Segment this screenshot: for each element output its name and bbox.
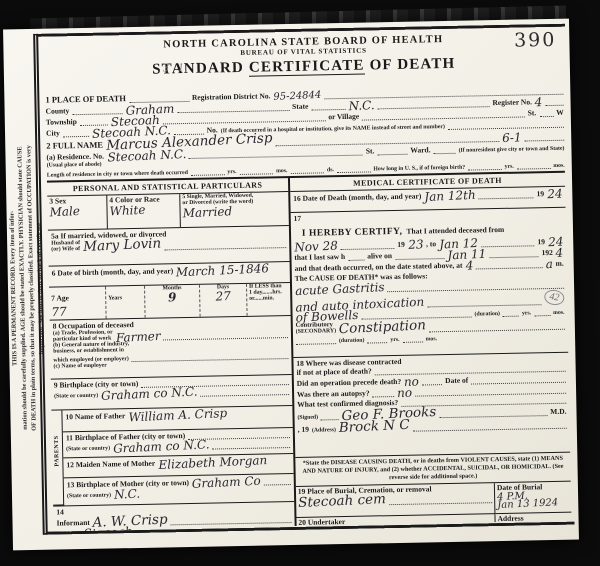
foreign-birth-label: How long in U. S., if of foreign birth?	[373, 164, 465, 172]
cause-line1: acute Gastritis	[295, 281, 385, 297]
father-name-label: 10 Name of Father	[65, 411, 125, 421]
parents-group: PARENTS 10 Name of Father William A. Cri…	[51, 405, 294, 505]
certify-intro-big: I HEREBY CERTIFY,	[302, 226, 403, 238]
age-less-note2: 1 day,......hrs.	[249, 289, 288, 296]
age-less-note3: or......min.	[249, 295, 288, 302]
duration-yrs: yrs.	[522, 310, 531, 316]
death-date-value: Jan 12th	[424, 188, 476, 202]
age-less-note-cell: If LESS than 1 day,......hrs. or......mi…	[246, 283, 290, 316]
mother-bp-value2: N.C.	[114, 487, 141, 500]
birth-date-label: 6 Date of birth (month, day, and year)	[52, 266, 174, 277]
full-name-annotation: 6-1	[502, 131, 522, 144]
physician-address-label: (Address)	[312, 427, 336, 433]
physician-address-value: Brock N C	[339, 419, 411, 436]
scanned-death-certificate: THIS IS A PERMANENT RECORD. Every item o…	[0, 0, 600, 566]
last-year-value: 4	[556, 246, 564, 258]
autopsy-label: Was there an autopsy?	[297, 388, 370, 398]
to-word: , to	[426, 239, 436, 248]
title-post: OF DEATH	[365, 56, 456, 74]
occupation-a-value: Farmer	[115, 329, 160, 343]
pencil-circled-number: 42	[543, 288, 565, 306]
certificate-frame: NORTH CAROLINA STATE BOARD OF HEALTH BUR…	[33, 24, 575, 535]
st-label-2: St.	[366, 146, 375, 155]
from-year-value: 23	[408, 238, 424, 251]
personal-particulars-column: PERSONAL AND STATISTICAL PARTICULARS 3 S…	[47, 178, 297, 531]
ds-label: ds.	[327, 167, 334, 173]
burial-date-value2: Jan 13 1924	[497, 497, 569, 510]
abode-note: (Usual place of abode)	[47, 161, 102, 168]
alive-on-label: alive on	[367, 251, 392, 260]
birthplace-sub: (State or country)	[54, 392, 98, 399]
mother-name-value: Elizabeth Morgan	[158, 454, 267, 471]
informant-address-value: Stecoah	[84, 525, 133, 534]
age-months-value: 9	[147, 290, 197, 304]
register-no-value: 4	[535, 96, 543, 108]
parents-boxes: 10 Name of Father William A. Crisp 11 Bi…	[62, 405, 294, 504]
to-year-printed: 19	[537, 237, 545, 246]
duration2-label: (duration)	[339, 337, 365, 343]
signed-year-label: , 19	[298, 424, 309, 433]
signed-label: (Signed)	[297, 415, 318, 421]
autopsy-value: no	[397, 386, 412, 399]
sex-value: Male	[49, 203, 104, 217]
marital-cell: 5 Single, Married, Widowed, or Divorced …	[179, 192, 288, 227]
wife-of-label: (or) Wife of	[51, 246, 80, 253]
township-label: Township	[46, 117, 77, 127]
age-value: 77	[51, 303, 103, 317]
age-days-value: 27	[202, 289, 245, 303]
mother-name-label: 12 Maiden Name of Mother	[66, 458, 155, 469]
informant-address-label: (Address)	[57, 531, 81, 535]
reg-district-label: Registration District No.	[192, 91, 271, 102]
medical-certificate-column: MEDICAL CERTIFICATE OF DEATH 16 Date of …	[290, 172, 572, 526]
box-spouse: 5a If married, widowed, or divorced Husb…	[48, 226, 290, 267]
father-name-value: William A. Crisp	[128, 406, 227, 422]
title-mid: CERTIFICATE	[249, 58, 365, 77]
duration2-mos: mos.	[426, 336, 438, 342]
race-cell: 4 Color or Race White	[106, 194, 180, 228]
residence-label: (a) Residence. No.	[46, 151, 104, 161]
city-label: City	[46, 128, 60, 137]
mos-label: mos.	[276, 168, 288, 174]
father-bp-sub: (State or country)	[66, 445, 110, 452]
burial-place-value: Stecoah cem	[298, 493, 386, 510]
state-value: N.C.	[348, 99, 375, 112]
duration2-yrs: yrs.	[390, 336, 399, 342]
birthplace-value: Graham co N.C.	[101, 385, 198, 401]
father-bp-value: Graham co N.C.	[113, 438, 210, 454]
box-sex-race-marital: 3 Sex Male 4 Color or Race White 5 Singl…	[47, 192, 288, 231]
spouse-value: Mary Lovin	[83, 237, 162, 254]
certificate-number-stamp: 390	[514, 29, 557, 52]
date-of-label: Date of	[445, 375, 468, 384]
box-occupation: 8 Occupation of deceased (a) Trade, Prof…	[50, 316, 292, 380]
mother-bp-sub: (State or country)	[67, 492, 111, 499]
marital-value: Married	[182, 202, 286, 219]
from-year-printed: 19	[397, 239, 405, 248]
death-year-printed: 19	[536, 189, 544, 198]
box-age: 7 Age 77 Years Months 9 Days	[49, 283, 290, 321]
full-name-label: 2 FULL NAME	[46, 139, 103, 150]
death-year-value: 24	[547, 187, 563, 200]
age-label: 7 Age	[51, 293, 69, 302]
where-contracted-label2: if not at place of death?	[296, 366, 371, 376]
box-certification: 17 I HEREBY CERTIFY, That I attended dec…	[290, 207, 568, 357]
age-days-cell: Days 27	[199, 283, 247, 316]
sex-cell: 3 Sex Male	[47, 195, 107, 229]
certify-intro-rest: That I attended deceased from	[406, 224, 504, 235]
ward-label-1: W	[556, 108, 564, 117]
death-ampm-value: a	[545, 257, 553, 269]
certificate-body-columns: PERSONAL AND STATISTICAL PARTICULARS 3 S…	[47, 170, 572, 530]
residence-value: Stecoah N.C.	[107, 147, 186, 163]
st-label-1: St.	[528, 108, 537, 117]
race-value: White	[109, 202, 177, 217]
ward-label-2: Ward.	[410, 145, 430, 154]
age-months-cell: Months 9	[144, 284, 200, 317]
pencil-annotation: 3 1	[163, 60, 187, 75]
age-years-cell: Years	[105, 285, 145, 318]
parents-label: PARENTS	[54, 428, 61, 466]
certificate-paper: THIS IS A PERMANENT RECORD. Every item o…	[3, 19, 579, 551]
box-disease-details: 18 Where was disease contracted if not a…	[293, 352, 570, 457]
burial-date-cell: Date of Burial 4 P.M. Jan 13 1924	[494, 481, 572, 512]
attended-from-value: Nov 28	[294, 239, 338, 253]
box-birthplace: 9 Birthplace (city or town) (State or co…	[51, 375, 292, 411]
undertaker-address-cell: Address Stecoah	[494, 512, 571, 522]
box-informant: 14 Informant A. W. Crisp (Address) Steco…	[53, 500, 294, 534]
age-years-label: Years	[108, 295, 122, 301]
county-label: County	[46, 106, 70, 115]
age-cell: 7 Age 77	[49, 286, 106, 319]
md-label: M.D.	[550, 407, 566, 416]
mother-bp-value: Graham Co	[192, 474, 261, 489]
yrs2-label: yrs.	[505, 163, 514, 169]
duration-label: (duration)	[474, 310, 500, 316]
death-hour-value: 4	[465, 259, 473, 271]
state-label: State	[292, 102, 308, 111]
burial-place-cell: 19 Place of Burial, Cremation, or remova…	[296, 483, 495, 517]
yrs-label: yrs.	[227, 169, 236, 175]
duration-mos: mos.	[553, 309, 565, 315]
death-date-label: 16 Date of Death (month, day, and year)	[293, 191, 421, 202]
birth-date-value: March 15-1846	[176, 262, 270, 278]
mos2-label: mos.	[553, 162, 565, 168]
or-village-label: or Village	[328, 112, 359, 122]
secondary-label: (SECONDARY)	[296, 328, 336, 335]
certificate-header: NORTH CAROLINA STATE BOARD OF HEALTH BUR…	[44, 29, 563, 95]
register-no-label: Register No.	[492, 97, 532, 107]
place-of-death-label: 1 PLACE OF DEATH	[45, 93, 126, 105]
